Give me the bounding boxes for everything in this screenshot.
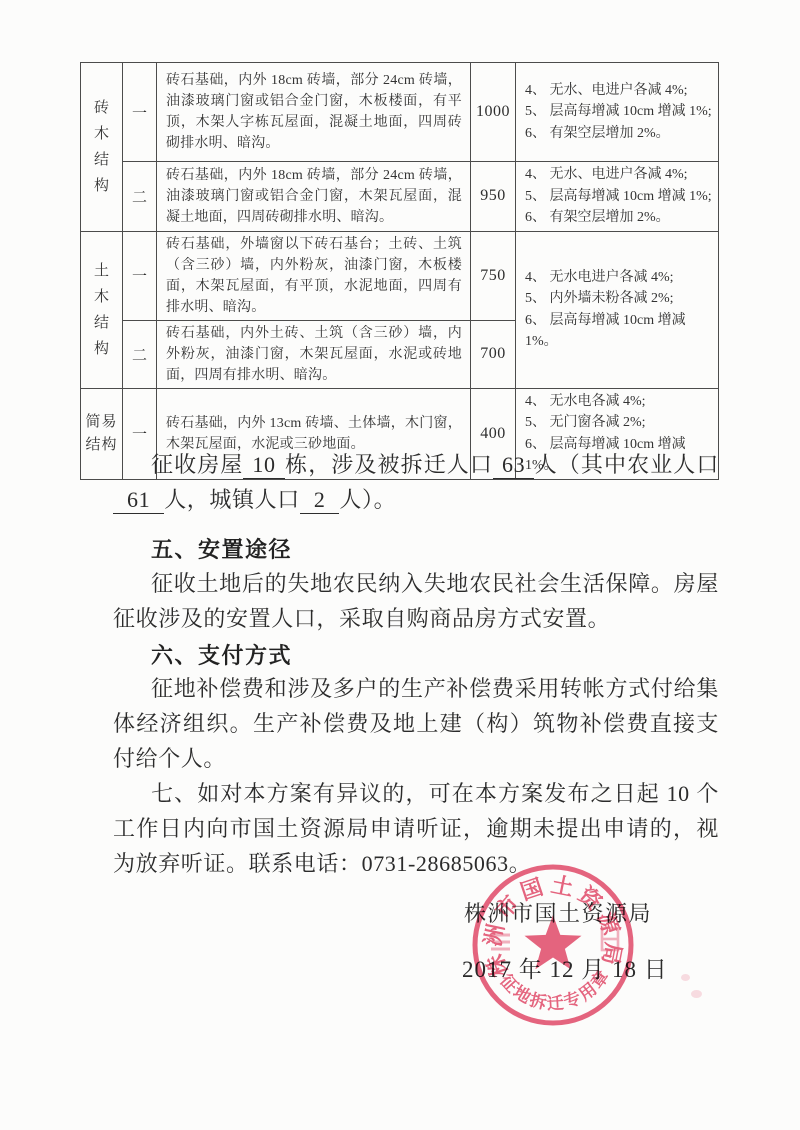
blank-number-agricultural: 61	[113, 487, 164, 514]
notes-cell: 4、 无水、电进户各减 4%; 5、 层高每增减 10cm 增减 1%; 6、 …	[516, 63, 719, 162]
text-segment: 栋，涉及被拆迁人口	[285, 452, 493, 477]
paragraph-resettlement: 征收土地后的失地农民纳入失地农民社会生活保障。房屋征收涉及的安置人口，采取自购商…	[113, 566, 719, 636]
grade-cell: 一	[123, 231, 157, 320]
ink-spot	[691, 990, 702, 998]
price-cell: 700	[471, 320, 516, 388]
blank-number-urban: 2	[300, 487, 340, 514]
table-row: 砖木结构 一 砖石基础，内外 18cm 砖墙，部分 24cm 砖墙，油漆玻璃门窗…	[81, 63, 719, 162]
category-cell-brick-wood: 砖木结构	[81, 63, 123, 232]
text-segment: 征收房屋	[151, 452, 243, 477]
grade-cell: 二	[123, 320, 157, 388]
text-segment: 人）。	[339, 487, 396, 512]
notes-cell: 4、 无水、电进户各减 4%; 5、 层高每增减 10cm 增减 1%; 6、 …	[516, 162, 719, 232]
document-page: 砖木结构 一 砖石基础，内外 18cm 砖墙，部分 24cm 砖墙，油漆玻璃门窗…	[0, 0, 800, 1130]
table-row: 二 砖石基础，内外 18cm 砖墙，部分 24cm 砖墙，油漆玻璃门窗或铝合金门…	[81, 162, 719, 232]
text-segment: 人（其中农业人口	[534, 452, 719, 477]
seal-star-icon	[525, 915, 582, 969]
category-label: 砖木结构	[93, 95, 110, 199]
ink-spot	[681, 974, 690, 981]
table-row: 土木结构 一 砖石基础，外墙窗以下砖石基台；土砖、土筑（含三砂）墙，内外粉灰，油…	[81, 231, 719, 320]
price-cell: 1000	[471, 63, 516, 162]
blank-number-relocated: 63	[493, 452, 534, 479]
text-segment: 人，城镇人口	[164, 487, 300, 512]
paragraph-payment: 征地补偿费和涉及多户的生产补偿费采用转帐方式付给集体经济组织。生产补偿费及地上建…	[113, 671, 719, 776]
description-cell: 砖石基础，内外 18cm 砖墙，部分 24cm 砖墙，油漆玻璃门窗或铝合金门窗，…	[157, 162, 471, 232]
notes-cell: 4、 无水电进户各减 4%; 5、 内外墙未粉各减 2%; 6、 层高每增减 1…	[516, 231, 719, 388]
category-label: 土木结构	[93, 258, 110, 362]
grade-cell: 一	[123, 63, 157, 162]
description-cell: 砖石基础，外墙窗以下砖石基台；土砖、土筑（含三砂）墙，内外粉灰，油漆门窗，木板楼…	[157, 231, 471, 320]
official-seal: 株洲市国土资源局 征地拆迁专用章	[452, 844, 654, 1046]
category-cell-earth-wood: 土木结构	[81, 231, 123, 388]
seal-bottom-text: 征地拆迁专用章	[496, 965, 614, 1013]
price-cell: 950	[471, 162, 516, 232]
description-cell: 砖石基础，内外 18cm 砖墙，部分 24cm 砖墙，油漆玻璃门窗或铝合金门窗，…	[157, 63, 471, 162]
grade-cell: 二	[123, 162, 157, 232]
compensation-table: 砖木结构 一 砖石基础，内外 18cm 砖墙，部分 24cm 砖墙，油漆玻璃门窗…	[80, 62, 719, 480]
paragraph-housing-count: 征收房屋10栋，涉及被拆迁人口63人（其中农业人口61人，城镇人口2人）。	[113, 447, 719, 517]
section-heading-6: 六、支付方式	[151, 639, 292, 670]
description-cell: 砖石基础，内外土砖、土筑（含三砂）墙，内外粉灰，油漆门窗，木架瓦屋面，水泥或砖地…	[157, 320, 471, 388]
price-cell: 750	[471, 231, 516, 320]
section-heading-5: 五、安置途径	[151, 533, 292, 564]
blank-number-buildings: 10	[243, 452, 284, 479]
